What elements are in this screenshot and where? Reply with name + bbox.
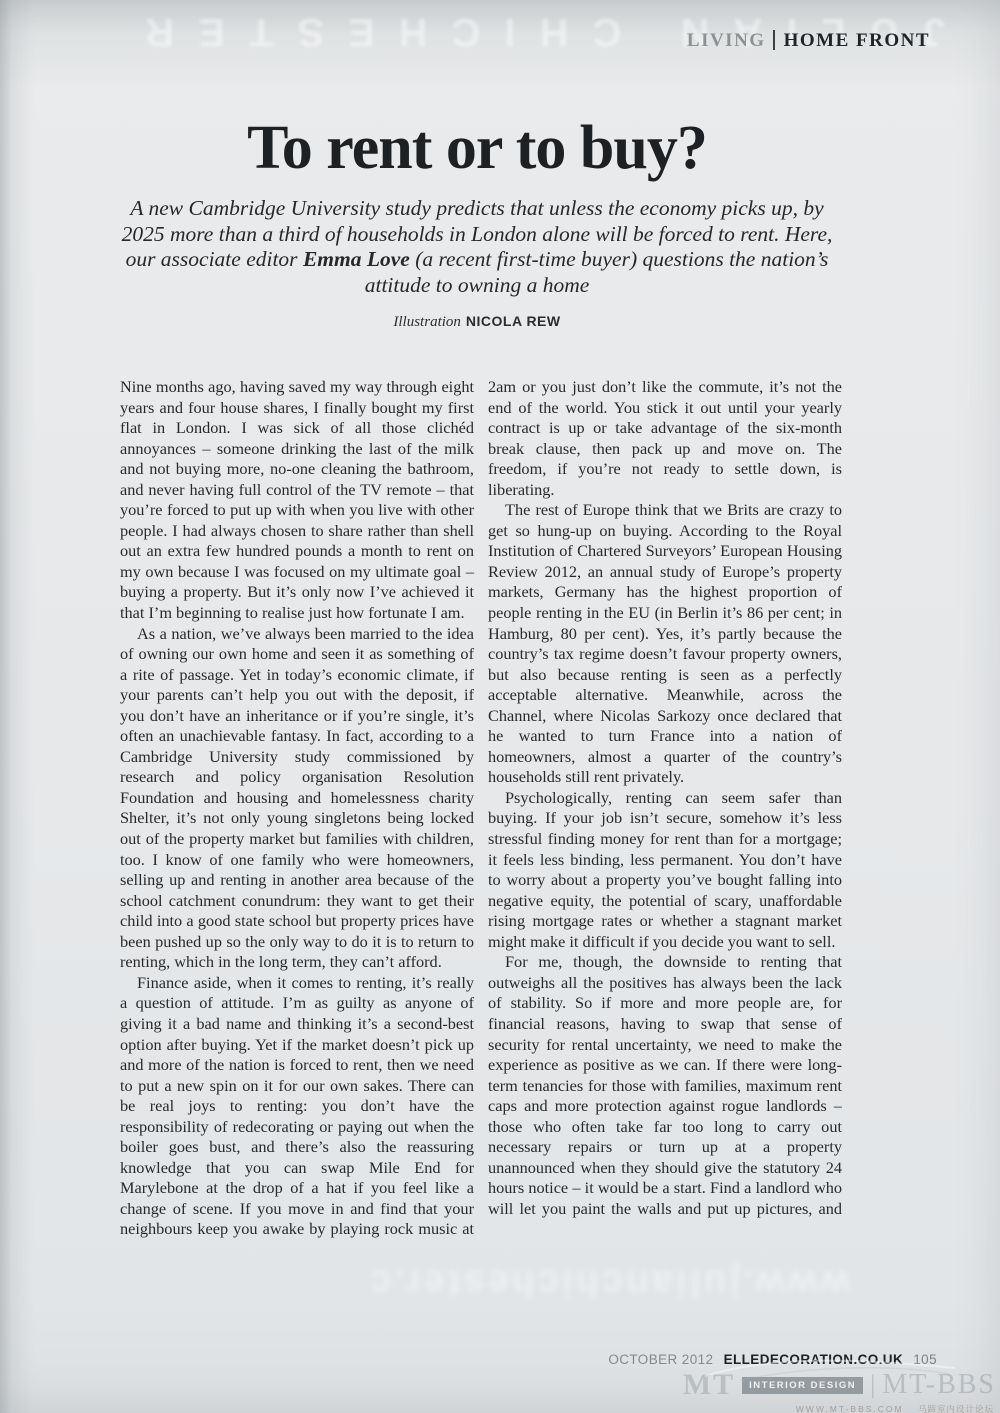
mtbbs-watermark: MT INTERIOR DESIGN | MT-BBS WWW.MT-BBS.C… <box>600 1368 1000 1413</box>
watermark-chinese-text: 马蹄室内设计论坛 <box>918 1404 994 1413</box>
article-paragraph: Psychologically, renting can seem safer … <box>488 788 842 952</box>
standfirst-text-after: (a recent first-time buyer) questions th… <box>365 247 829 297</box>
illustrator-name: NICOLA REW <box>466 313 561 329</box>
section-header: LIVINGHOME FRONT <box>687 30 930 52</box>
author-name: Emma Love <box>303 247 410 271</box>
section-sublabel: HOME FRONT <box>784 30 930 51</box>
issue-date: OCTOBER 2012 <box>608 1352 713 1367</box>
watermark-url-row: WWW.MT-BBS.COM 马蹄室内设计论坛 <box>600 1402 1000 1413</box>
page-title: To rent or to buy? <box>97 113 857 184</box>
watermark-url: WWW.MT-BBS.COM <box>796 1404 904 1413</box>
standfirst: A new Cambridge University study predict… <box>112 196 842 298</box>
illustration-credit-label: Illustration <box>393 314 461 330</box>
article-paragraph: Nine months ago, having saved my way thr… <box>120 377 474 624</box>
magazine-page: JULIAN CHICHESTER LIVINGHOME FRONT To re… <box>0 0 1000 1413</box>
article-body: Nine months ago, having saved my way thr… <box>120 377 842 1255</box>
article-paragraph: The rest of Europe think that we Brits a… <box>488 500 842 788</box>
watermark-swoosh <box>700 1354 960 1384</box>
illustration-credit: IllustrationNICOLA REW <box>112 313 842 331</box>
section-label: LIVING <box>687 30 766 51</box>
ghost-showthrough-bottom: www.julianchichester.com <box>370 1250 850 1304</box>
article-paragraph: As a nation, we’ve always been married t… <box>120 624 474 973</box>
section-divider <box>773 30 775 50</box>
